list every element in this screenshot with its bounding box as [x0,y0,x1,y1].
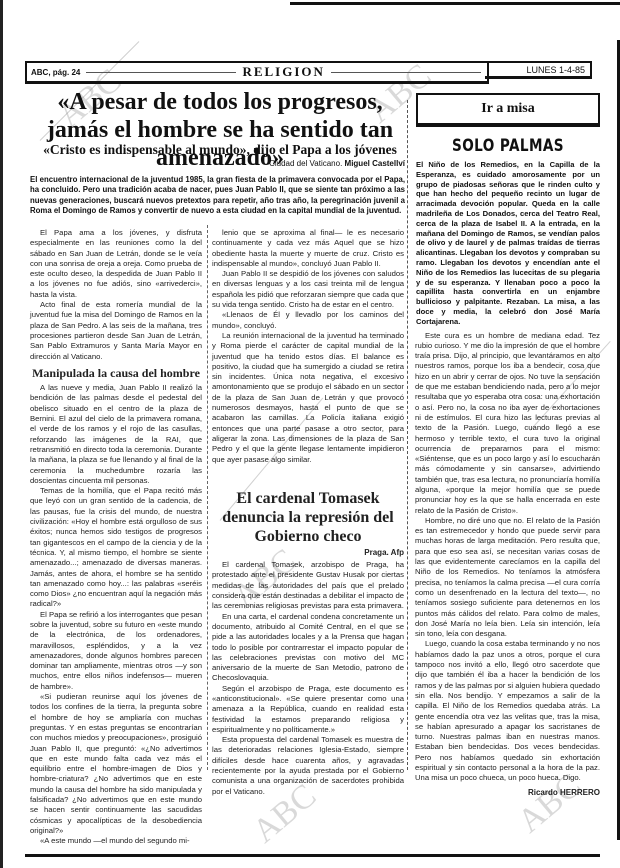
page-header: ABC, pág. 24 RELIGION [25,61,489,84]
sidebar-column: Este cura es un hombre de mediana edad. … [415,331,600,798]
paragraph: Este cura es un hombre de mediana edad. … [415,331,600,516]
paragraph: lenio que se aproxima al final— le es ne… [212,228,404,269]
paragraph: La reunión internacional de la juventud … [212,331,404,465]
paragraph: El cardenal Tomasek, arzobispo de Praga,… [212,560,404,611]
sidebar-headline: SOLO PALMAS [434,136,581,156]
paragraph: En una carta, el cardenal condena concre… [212,612,404,684]
paragraph: «Si pudieran reunirse aquí los jóvenes d… [30,692,202,836]
second-story-headline: El cardenal Tomasek denuncia la represió… [212,489,404,546]
dateline: Ciudad del Vaticano. [269,159,342,168]
header-rule [331,72,481,73]
paragraph: Temas de la homilía, que el Papa recitó … [30,486,202,610]
article-column-1: El Papa ama a los jóvenes, y disfruta es… [30,228,202,847]
sidebar-lead: El Niño de los Remedios, en la Capilla d… [416,160,600,327]
paragraph: Esta propuesta del cardenal Tomasek es m… [212,735,404,797]
signature: Ricardo HERRERO [415,788,600,798]
author: Miguel Castellví [345,159,405,168]
header-rule [86,72,236,73]
sidebar-rule [416,125,600,127]
page-edge [0,0,7,868]
main-subheadline: «Cristo es indispensable al mundo», dijo… [30,142,410,158]
page-number: ABC, pág. 24 [27,68,80,77]
paragraph: El Papa se refirió a los interrogantes q… [30,610,202,692]
issue-date: LUNES 1-4-85 [526,65,585,75]
bottom-rule [25,854,600,857]
scan-rule [290,2,620,5]
second-story-dateline: Praga. Afp [212,548,404,558]
paragraph: Según el arzobispo de Praga, este docume… [212,684,404,735]
column-divider [407,100,408,770]
header-date-box: LUNES 1-4-85 [485,61,592,79]
paragraph: Luego, cuando la cosa estaba terminando … [415,639,600,783]
section-subhead: Manipulada la causa del hombre [30,368,202,378]
paragraph: «Llenaos de Él y llevadlo por los camino… [212,310,404,331]
paragraph: Juan Pablo II se despidió de los jóvenes… [212,269,404,310]
paragraph: Acto final de esta romería mundial de la… [30,300,202,362]
paragraph: «A este mundo —el mundo del segundo mi- [30,836,202,846]
section-title: RELIGION [242,64,324,80]
paragraph: A las nueve y media, Juan Pablo II reali… [30,383,202,486]
article-column-2: lenio que se aproxima al final— le es ne… [212,228,404,797]
lead-paragraph: El encuentro internacional de la juventu… [30,175,405,216]
column-divider [207,225,208,770]
paragraph: El Papa ama a los jóvenes, y disfruta es… [30,228,202,300]
sidebar-box-title: Ir a misa [416,93,600,125]
paragraph: Hombre, no diré uno que no. El relato de… [415,516,600,640]
byline: Ciudad del Vaticano. Miguel Castellví [200,159,405,168]
